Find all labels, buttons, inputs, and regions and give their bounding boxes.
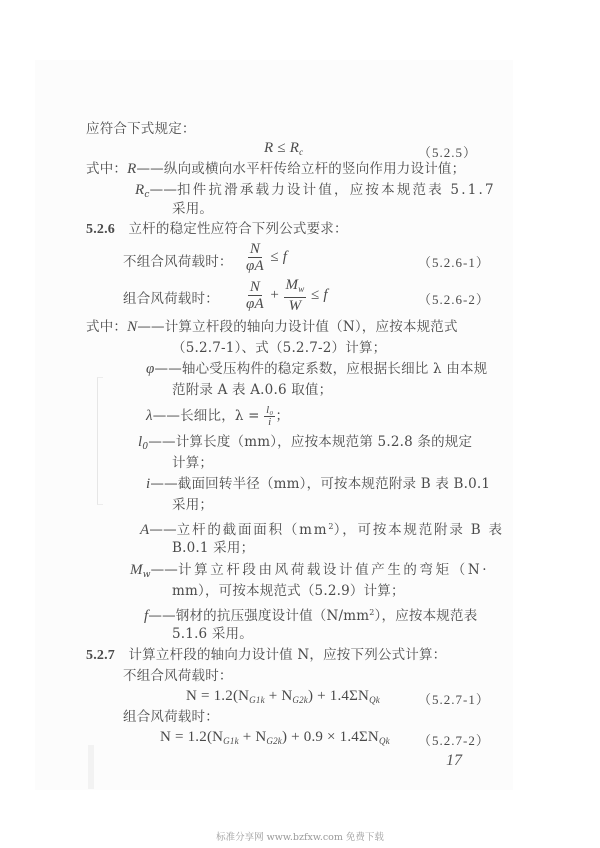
fraction: NφA bbox=[244, 279, 266, 312]
definition-N-cont: （5.2.7-1）、式（5.2.7-2）计算； bbox=[172, 339, 386, 357]
equation-number: （5.2.6-2） bbox=[418, 289, 490, 308]
clause-5-2-6-heading: 5.2.6 立杆的稳定性应符合下列公式要求： bbox=[86, 220, 348, 239]
formula-5-2-5: R ≤ Rc bbox=[264, 139, 303, 161]
case2-label: 组合风荷载时： bbox=[123, 708, 219, 726]
definition-Mw-cont: mm），可按本规范式（5.2.9）计算； bbox=[172, 582, 405, 600]
definition-l0-cont: 计算； bbox=[172, 454, 213, 472]
definition-i: i——截面回转半径（mm），可按本规范附录 B 表 B.0.1 bbox=[146, 475, 490, 493]
clause-5-2-5-intro: 应符合下式规定： bbox=[86, 120, 196, 138]
definition-R: 式中：R——纵向或横向水平杆传给立杆的竖向作用力设计值； bbox=[86, 160, 465, 178]
formula-5-2-7-2: N = 1.2(NG1k + NG2k) + 0.9 × 1.4ΣNQk bbox=[160, 728, 390, 750]
definition-N: 式中：N——计算立杆段的轴向力设计值（N），应按本规范式 bbox=[86, 318, 458, 336]
equation-number: （5.2.5） bbox=[418, 142, 477, 161]
footer-watermark: 标准分享网 www.bzfxw.com 免费下载 bbox=[0, 829, 600, 843]
definition-phi-cont: 范附录 A 表 A.0.6 取值； bbox=[172, 381, 332, 399]
case1-label: 不组合风荷载时： bbox=[123, 253, 233, 271]
definition-f: f——钢材的抗压强度设计值（N/mm2），应按本规范表 bbox=[144, 604, 477, 625]
fraction: NφA bbox=[244, 241, 266, 274]
definition-i-cont: 采用； bbox=[172, 496, 213, 514]
fraction: l₀i bbox=[264, 405, 275, 428]
definition-l0: l0——计算长度（mm），应按本规范第 5.2.8 条的规定 bbox=[138, 433, 472, 456]
formula-5-2-7-1: N = 1.2(NG1k + NG2k) + 1.4ΣNQk bbox=[186, 687, 380, 709]
definition-phi: φ——轴心受压构件的稳定系数，应根据长细比 λ 由本规 bbox=[146, 360, 487, 378]
case2-label: 组合风荷载时： bbox=[123, 290, 219, 308]
equation-number: （5.2.7-1） bbox=[418, 689, 490, 708]
equation-number: （5.2.6-1） bbox=[418, 252, 490, 271]
formula-5-2-6-1: NφA ≤ f bbox=[244, 241, 287, 274]
definition-Rc-cont: 采用。 bbox=[172, 200, 213, 218]
page-edge-shadow bbox=[88, 745, 94, 789]
clause-number: 5.2.7 bbox=[86, 648, 115, 663]
definition-A: A——立杆的截面面积（mm2），可按本规范附录 B 表 bbox=[140, 518, 504, 539]
definition-f-cont: 5.1.6 采用。 bbox=[172, 625, 253, 643]
formula-5-2-6-2: NφA + MwW ≤ f bbox=[244, 277, 328, 314]
case1-label: 不组合风荷载时： bbox=[123, 667, 233, 685]
clause-number: 5.2.6 bbox=[86, 222, 115, 237]
page-number: 17 bbox=[446, 752, 462, 770]
definition-lambda: λ——长细比，λ = l₀i； bbox=[146, 405, 289, 428]
fraction: MwW bbox=[284, 277, 307, 314]
margin-bracket-mark bbox=[97, 377, 103, 505]
equation-number: （5.2.7-2） bbox=[418, 730, 490, 749]
definition-Mw: Mw——计算立杆段由风荷载设计值产生的弯矩（N· bbox=[130, 561, 489, 584]
definition-A-cont: B.0.1 采用； bbox=[172, 539, 254, 557]
clause-5-2-7-heading: 5.2.7 计算立杆段的轴向力设计值 N，应按下列公式计算： bbox=[86, 646, 446, 665]
